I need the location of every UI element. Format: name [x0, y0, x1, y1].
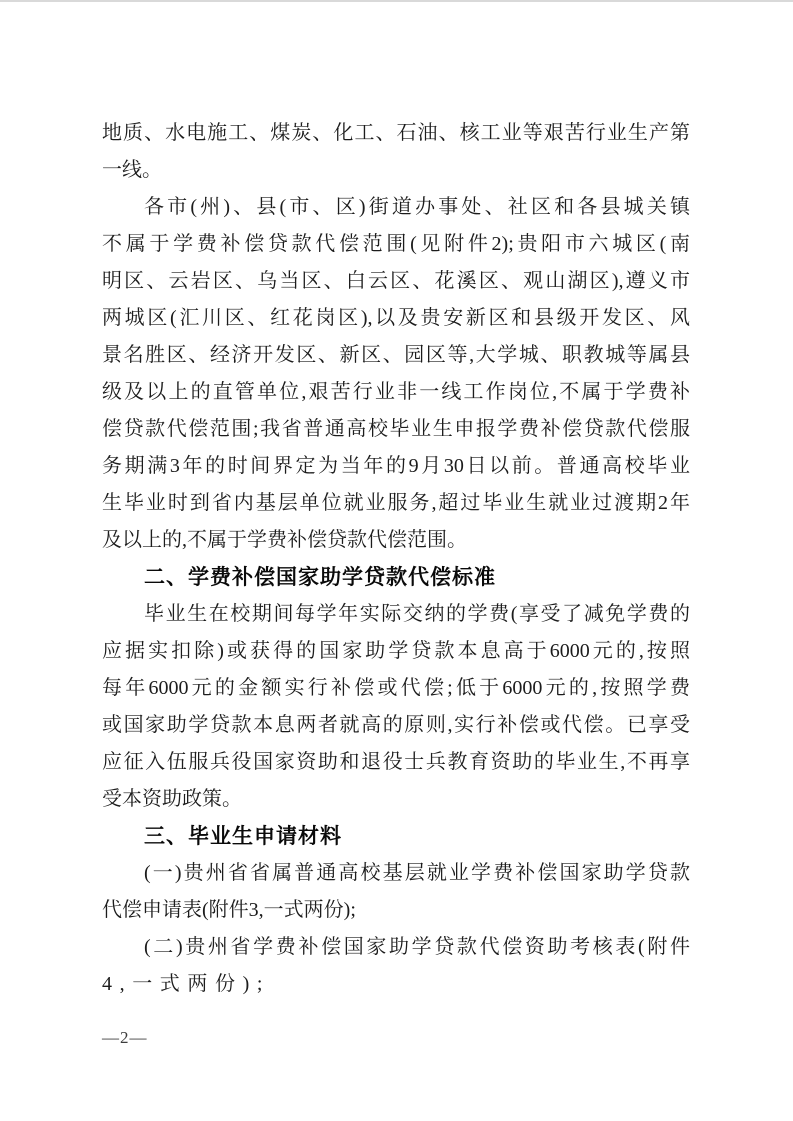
text-line: 级及以上的直管单位,艰苦行业非一线工作岗位,不属于学费补 — [102, 374, 690, 411]
text-line: 不属于学费补偿贷款代偿范围(见附件2);贵阳市六城区(南 — [102, 226, 690, 263]
text-line: 代偿申请表(附件3,一式两份); — [102, 892, 690, 929]
text-line: 景名胜区、经济开发区、新区、园区等,大学城、职教城等属县 — [102, 337, 690, 374]
text-line: 偿贷款代偿范围;我省普通高校毕业生申报学费补偿贷款代偿服 — [102, 411, 690, 448]
text-line: 及以上的,不属于学费补偿贷款代偿范围。 — [102, 522, 690, 559]
text-line: 务期满3年的时间界定为当年的9月30日以前。普通高校毕业 — [102, 448, 690, 485]
text-line: 各市(州)、县(市、区)街道办事处、社区和各县城关镇 — [102, 189, 690, 226]
text-line: 生毕业时到省内基层单位就业服务,超过毕业生就业过渡期2年 — [102, 485, 690, 522]
text-line: 应据实扣除)或获得的国家助学贷款本息高于6000元的,按照 — [102, 633, 690, 670]
section-heading-3: 三、毕业生申请材料 — [102, 818, 690, 855]
text-line: 4,一式两份); — [102, 966, 690, 1003]
text-line: 明区、云岩区、乌当区、白云区、花溪区、观山湖区),遵义市 — [102, 263, 690, 300]
text-line: 或国家助学贷款本息两者就高的原则,实行补偿或代偿。已享受 — [102, 707, 690, 744]
text-line: 每年6000元的金额实行补偿或代偿;低于6000元的,按照学费 — [102, 670, 690, 707]
document-page: 地质、水电施工、煤炭、化工、石油、核工业等艰苦行业生产第 一线。 各市(州)、县… — [0, 0, 793, 1121]
text-line: (二)贵州省学费补偿国家助学贷款代偿资助考核表(附件 — [102, 929, 690, 966]
text-line: 毕业生在校期间每学年实际交纳的学费(享受了减免学费的 — [102, 596, 690, 633]
text-line: 两城区(汇川区、红花岗区),以及贵安新区和县级开发区、风 — [102, 300, 690, 337]
text-line: 应征入伍服兵役国家资助和退役士兵教育资助的毕业生,不再享 — [102, 744, 690, 781]
text-line: 一线。 — [102, 152, 690, 189]
text-line: (一)贵州省省属普通高校基层就业学费补偿国家助学贷款 — [102, 855, 690, 892]
scan-edge-line — [0, 0, 793, 2]
document-body: 地质、水电施工、煤炭、化工、石油、核工业等艰苦行业生产第 一线。 各市(州)、县… — [102, 115, 690, 1003]
text-line: 地质、水电施工、煤炭、化工、石油、核工业等艰苦行业生产第 — [102, 115, 690, 152]
page-number: —2— — [102, 1027, 148, 1049]
section-heading-2: 二、学费补偿国家助学贷款代偿标准 — [102, 559, 690, 596]
text-line: 受本资助政策。 — [102, 781, 690, 818]
